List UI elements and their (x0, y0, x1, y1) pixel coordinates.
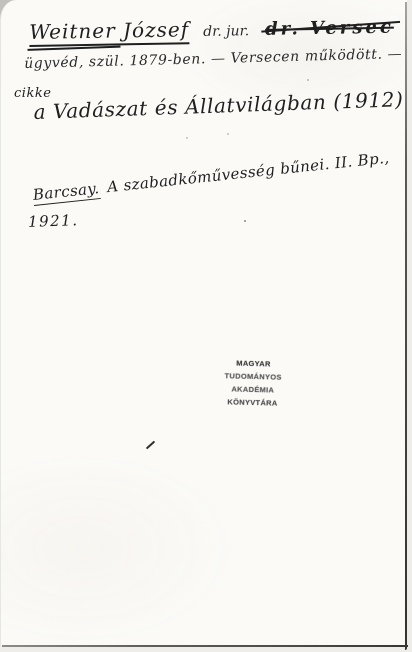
handwriting-line-reference: Barcsay.A szabadkőművesség bűnei. II. Bp… (32, 149, 390, 204)
scanned-catalog-card-image: Weitner Józsefdr. jur.dr. Versec ügyvéd,… (0, 0, 412, 652)
reference-author-name: Barcsay. (32, 179, 100, 206)
library-ownership-stamp: MAGYAR TUDOMÁNYOS AKADÉMIA KÖNYVTÁRA (202, 356, 303, 411)
entry-person-name: Weitner József (29, 17, 189, 47)
ink-speck (227, 133, 229, 135)
ink-speck (307, 79, 309, 81)
entry-title-abbrev: dr. jur. (203, 23, 249, 40)
handwriting-line-year: 1921. (28, 211, 79, 231)
ink-speck (244, 220, 246, 222)
ink-speck (186, 137, 188, 139)
ink-slash-mark (146, 441, 156, 450)
stamp-line-3: KÖNYVTÁRA (202, 395, 302, 411)
catalog-card: Weitner Józsefdr. jur.dr. Versec ügyvéd,… (0, 0, 407, 645)
scan-edge-right (405, 2, 407, 650)
handwriting-line-journal: a Vadászat és Állatvilágban (1912) (33, 87, 404, 124)
handwriting-line-name: Weitner Józsefdr. jur.dr. Versec (29, 14, 394, 44)
struck-through-text: dr. Versec (265, 17, 394, 40)
scan-edge-bottom (2, 645, 408, 647)
handwriting-line-biography: ügyvéd, szül. 1879-ben. — Versecen működ… (24, 46, 402, 72)
stamp-line-2: TUDOMÁNYOS AKADÉMIA (203, 369, 304, 398)
reference-title: A szabadkőművesség bűnei. II. Bp., (106, 149, 390, 197)
